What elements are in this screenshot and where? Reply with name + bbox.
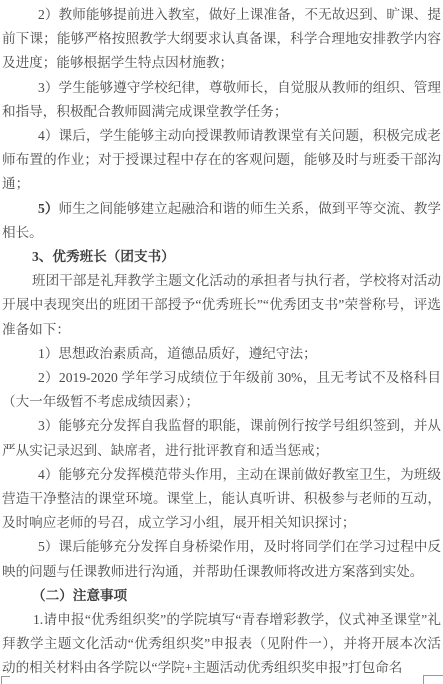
item-number: 1. bbox=[33, 612, 43, 627]
paragraph: 班团干部是礼拜教学主题文化活动的承担者与执行者，学校将对活动开展中表现突出的班团… bbox=[2, 269, 441, 342]
crop-mark-bottom-right bbox=[423, 675, 443, 684]
item-number: 5） bbox=[38, 201, 59, 216]
item-number: 5） bbox=[38, 539, 59, 554]
section-heading: 3、优秀班长（团支书） bbox=[2, 245, 441, 269]
item-text: 师生之间能够建立起融洽和谐的师生关系，做到平等交流、教学相长。 bbox=[2, 201, 441, 240]
item-text: 2019-2020 学年学习成绩位于年级前 30%，且无考试不及格科目（大一年级… bbox=[2, 370, 441, 409]
list-item: 5）师生之间能够建立起融洽和谐的师生关系，做到平等交流、教学相长。 bbox=[2, 197, 441, 245]
item-number: 4） bbox=[38, 128, 59, 143]
item-text: 能够充分发挥模范带头作用，主动在课前做好教室卫生，为班级营造干净整洁的课堂环境。… bbox=[2, 467, 441, 530]
list-item: 4）能够充分发挥模范带头作用，主动在课前做好教室卫生，为班级营造干净整洁的课堂环… bbox=[2, 463, 441, 536]
item-text: 能够充分发挥自我监督的职能，课前例行按学号组织签到，并从严从实记录迟到、缺席者，… bbox=[2, 418, 441, 457]
item-text: 思想政治素质高，道德品质好，遵纪守法； bbox=[58, 346, 316, 361]
list-item: 2）教师能够提前进入教室，做好上课准备，不无故迟到、旷课、提前下课；能够严格按照… bbox=[2, 3, 441, 76]
list-item: 1）思想政治素质高，道德品质好，遵纪守法； bbox=[2, 342, 441, 366]
list-item: 5）课后能够充分发挥自身桥梁作用，及时将同学们在学习过程中反映的问题与任课教师进… bbox=[2, 535, 441, 583]
item-text: 请申报“优秀组织奖”的学院填写“青春增彩教学，仪式神圣课堂”礼拜教学主题文化活动… bbox=[2, 612, 441, 675]
item-number: 3） bbox=[38, 418, 59, 433]
item-number: 2） bbox=[38, 370, 59, 385]
list-item: 4）课后，学生能够主动向授课教师请教课堂有关问题，积极完成老师布置的作业；对于授… bbox=[2, 124, 441, 197]
item-number: 4） bbox=[38, 467, 59, 482]
item-text: 课后能够充分发挥自身桥梁作用，及时将同学们在学习过程中反映的问题与任课教师进行沟… bbox=[2, 539, 441, 578]
section-heading: （二）注意事项 bbox=[2, 584, 441, 608]
list-item: 2）2019-2020 学年学习成绩位于年级前 30%，且无考试不及格科目（大一… bbox=[2, 366, 441, 414]
item-number: 3） bbox=[38, 80, 59, 95]
item-text: 学生能够遵守学校纪律，尊敬师长，自觉服从教师的组织、管理和指导，积极配合教师圆满… bbox=[2, 80, 441, 119]
list-item: 3）能够充分发挥自我监督的职能，课前例行按学号组织签到，并从严从实记录迟到、缺席… bbox=[2, 414, 441, 462]
item-number: 2） bbox=[38, 7, 59, 22]
crop-mark-bottom-left bbox=[1, 676, 10, 684]
list-item: 3）学生能够遵守学校纪律，尊敬师长，自觉服从教师的组织、管理和指导，积极配合教师… bbox=[2, 76, 441, 124]
item-number: 1） bbox=[38, 346, 58, 361]
numbered-paragraph: 1.请申报“优秀组织奖”的学院填写“青春增彩教学，仪式神圣课堂”礼拜教学主题文化… bbox=[2, 608, 441, 681]
item-text: 课后，学生能够主动向授课教师请教课堂有关问题，积极完成老师布置的作业；对于授课过… bbox=[2, 128, 441, 191]
item-text: 教师能够提前进入教室，做好上课准备，不无故迟到、旷课、提前下课；能够严格按照教学… bbox=[2, 7, 441, 70]
document-page: 2）教师能够提前进入教室，做好上课准备，不无故迟到、旷课、提前下课；能够严格按照… bbox=[0, 0, 443, 684]
